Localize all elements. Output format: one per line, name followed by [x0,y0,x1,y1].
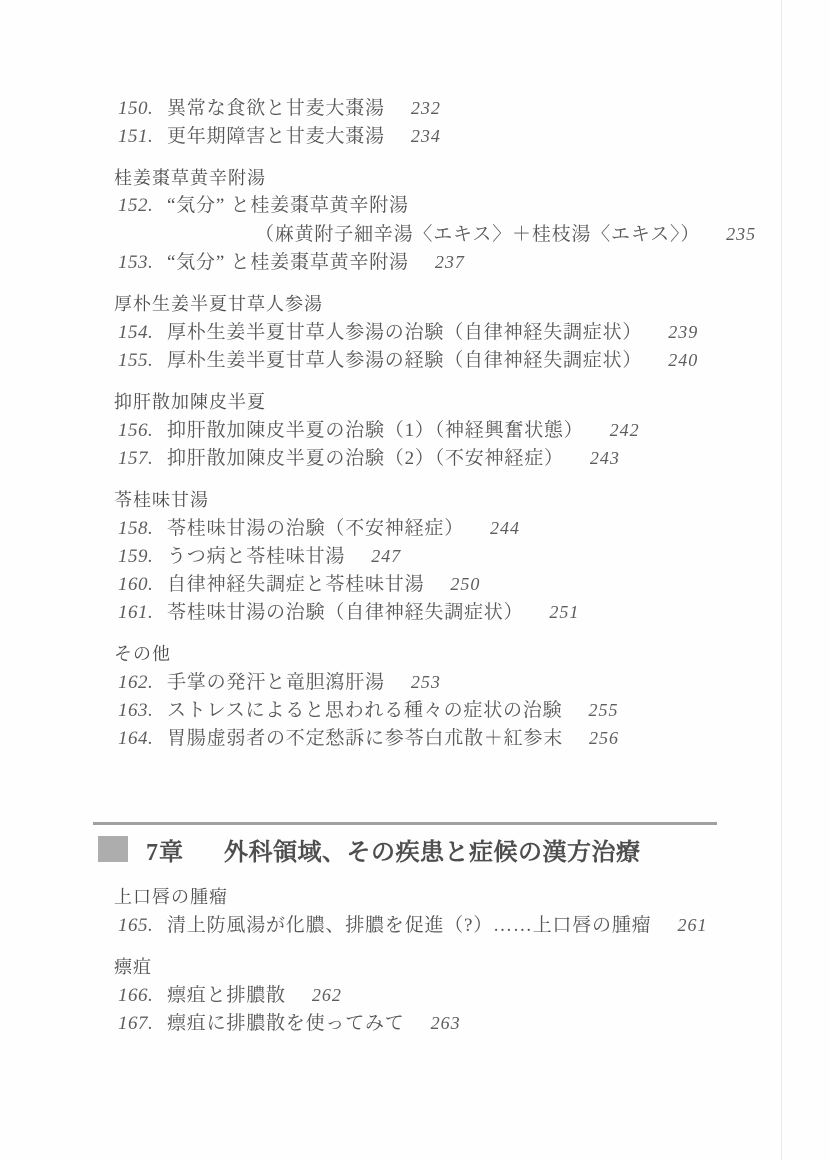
entry-title: 抑肝散加陳皮半夏の治験（2）（不安神経症） [167,448,564,469]
entry-title: ストレスによると思われる種々の症状の治験 [167,700,562,721]
entry-page-number: 239 [668,322,698,342]
entry-title: 苓桂味甘湯の治験（自律神経失調症状） [167,602,523,623]
toc-entry: 159.うつ病と苓桂味甘湯247 [114,542,754,570]
entry-title: （麻黄附子細辛湯〈エキス〉＋桂枝湯〈エキス〉） [255,224,700,245]
entry-number: 165. [118,912,167,940]
entry-title: 厚朴生姜半夏甘草人参湯の経験（自律神経失調症状） [167,350,642,371]
toc-group: 150.異常な食欲と甘麦大棗湯232151.更年期障害と甘麦大棗湯234 [114,94,754,150]
toc-entry: 163.ストレスによると思われる種々の症状の治験255 [114,696,754,724]
scanned-book-page: { "page": { "background": "#fefefe", "ed… [0,0,830,1160]
entry-title: “気分” と桂姜棗草黄辛附湯 [167,195,409,216]
toc-entry: 150.異常な食欲と甘麦大棗湯232 [114,94,754,122]
entry-page-number: 251 [549,602,579,622]
toc-entry: 153.“気分” と桂姜棗草黄辛附湯237 [114,248,754,276]
entry-page-number: 256 [589,728,619,748]
entry-title: 胃腸虚弱者の不定愁訴に参苓白朮散＋紅参末 [167,728,563,749]
toc-entry: 166.瘭疽と排膿散262 [114,981,754,1009]
toc-group: 苓桂味甘湯158.苓桂味甘湯の治験（不安神経症）244159.うつ病と苓桂味甘湯… [114,486,754,626]
entry-page-number: 247 [371,546,401,566]
entry-title: 自律神経失調症と苓桂味甘湯 [167,574,424,595]
entry-number: 153. [118,249,167,277]
entry-number: 162. [118,669,167,697]
toc-section-upper: 150.異常な食欲と甘麦大棗湯232151.更年期障害と甘麦大棗湯234桂姜棗草… [114,94,754,752]
chapter-heading: 7章 外科領域、その疾患と症候の漢方治療 [93,834,719,864]
scan-page-edge-line [781,0,782,1160]
entry-title: 更年期障害と甘麦大棗湯 [167,126,385,147]
entry-number: 159. [118,543,167,571]
formula-group-header: 上口唇の腫瘤 [114,883,754,911]
toc-entry: 160.自律神経失調症と苓桂味甘湯250 [114,570,754,598]
entry-title: “気分” と桂姜棗草黄辛附湯 [167,252,409,273]
entry-page-number: 243 [590,448,620,468]
toc-entry: 167.瘭疽に排膿散を使ってみて263 [114,1009,754,1037]
entry-number: 164. [118,725,167,753]
chapter-number: 7章 [146,832,184,867]
formula-group-header: その他 [114,640,754,668]
entry-number: 150. [118,95,167,123]
entry-number: 151. [118,123,167,151]
entry-title: 瘭疽に排膿散を使ってみて [167,1013,405,1034]
toc-entry: 164.胃腸虚弱者の不定愁訴に参苓白朮散＋紅参末256 [114,724,754,752]
toc-entry: 152.“気分” と桂姜棗草黄辛附湯 [114,192,754,220]
entry-page-number: 235 [726,224,756,244]
entry-number: 156. [118,417,167,445]
entry-title: 手掌の発汗と竜胆瀉肝湯 [167,672,385,693]
square-bullet-icon [98,836,128,862]
entry-number: 158. [118,515,167,543]
toc-entry: 151.更年期障害と甘麦大棗湯234 [114,122,754,150]
formula-group-header: 厚朴生姜半夏甘草人参湯 [114,290,754,318]
entry-page-number: 232 [411,98,441,118]
toc-entry-continuation: （麻黄附子細辛湯〈エキス〉＋桂枝湯〈エキス〉）235 [114,220,754,248]
entry-number: 161. [118,599,167,627]
toc-group: 上口唇の腫瘤165.清上防風湯が化膿、排膿を促進（?）……上口唇の腫瘤261 [114,883,754,939]
toc-group: 瘭疽166.瘭疽と排膿散262167.瘭疽に排膿散を使ってみて263 [114,953,754,1037]
entry-number: 155. [118,347,167,375]
toc-entry: 155.厚朴生姜半夏甘草人参湯の経験（自律神経失調症状）240 [114,346,754,374]
entry-title: 異常な食欲と甘麦大棗湯 [167,98,385,119]
toc-entry: 162.手掌の発汗と竜胆瀉肝湯253 [114,668,754,696]
entry-title: 厚朴生姜半夏甘草人参湯の治験（自律神経失調症状） [167,322,642,343]
toc-group: その他162.手掌の発汗と竜胆瀉肝湯253163.ストレスによると思われる種々の… [114,640,754,752]
toc-group: 厚朴生姜半夏甘草人参湯154.厚朴生姜半夏甘草人参湯の治験（自律神経失調症状）2… [114,290,754,374]
entry-title: 苓桂味甘湯の治験（不安神経症） [167,518,464,539]
entry-number: 157. [118,445,167,473]
entry-title: うつ病と苓桂味甘湯 [167,546,345,567]
toc-entry: 154.厚朴生姜半夏甘草人参湯の治験（自律神経失調症状）239 [114,318,754,346]
toc-entry: 157.抑肝散加陳皮半夏の治験（2）（不安神経症）243 [114,444,754,472]
formula-group-header: 抑肝散加陳皮半夏 [114,388,754,416]
formula-group-header: 瘭疽 [114,953,754,981]
entry-number: 154. [118,319,167,347]
formula-group-header: 桂姜棗草黄辛附湯 [114,164,754,192]
toc-entry: 165.清上防風湯が化膿、排膿を促進（?）……上口唇の腫瘤261 [114,911,754,939]
chapter-rule [93,822,717,825]
entry-page-number: 237 [435,252,465,272]
entry-number: 163. [118,697,167,725]
toc-group: 抑肝散加陳皮半夏156.抑肝散加陳皮半夏の治験（1）（神経興奮状態）242157… [114,388,754,472]
entry-page-number: 255 [588,700,618,720]
entry-page-number: 253 [411,672,441,692]
formula-group-header: 苓桂味甘湯 [114,486,754,514]
toc-entry: 161.苓桂味甘湯の治験（自律神経失調症状）251 [114,598,754,626]
toc-entry: 156.抑肝散加陳皮半夏の治験（1）（神経興奮状態）242 [114,416,754,444]
entry-page-number: 242 [610,420,640,440]
entry-number: 160. [118,571,167,599]
entry-page-number: 250 [450,574,480,594]
entry-title: 抑肝散加陳皮半夏の治験（1）（神経興奮状態） [167,420,584,441]
toc-group: 桂姜棗草黄辛附湯152.“気分” と桂姜棗草黄辛附湯（麻黄附子細辛湯〈エキス〉＋… [114,164,754,276]
entry-title: 瘭疽と排膿散 [167,985,286,1006]
toc-section-lower: 上口唇の腫瘤165.清上防風湯が化膿、排膿を促進（?）……上口唇の腫瘤261瘭疽… [114,883,754,1037]
chapter-title: 外科領域、その疾患と症候の漢方治療 [224,832,641,867]
entry-page-number: 240 [668,350,698,370]
entry-number: 152. [118,192,167,220]
entry-page-number: 262 [312,985,342,1005]
toc-entry: 158.苓桂味甘湯の治験（不安神経症）244 [114,514,754,542]
entry-page-number: 263 [431,1013,461,1033]
entry-number: 166. [118,982,167,1010]
entry-number: 167. [118,1010,167,1038]
entry-title: 清上防風湯が化膿、排膿を促進（?）……上口唇の腫瘤 [167,915,651,936]
chapter-heading-block: 7章 外科領域、その疾患と症候の漢方治療 [93,822,719,864]
entry-page-number: 261 [677,915,707,935]
entry-page-number: 244 [490,518,520,538]
entry-page-number: 234 [411,126,441,146]
